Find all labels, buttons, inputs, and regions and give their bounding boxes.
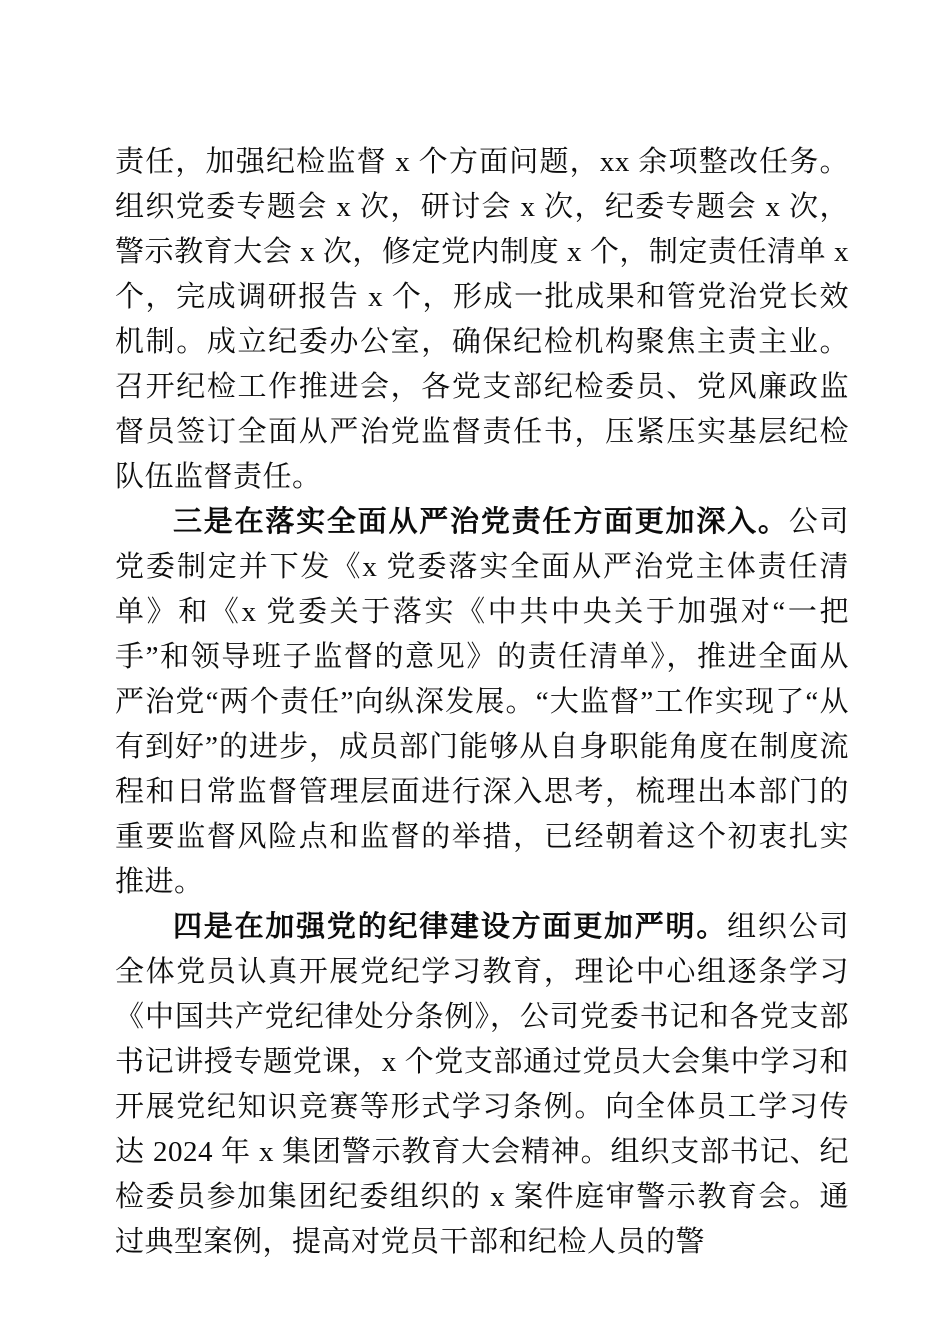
paragraph-lead-bold: 四是在加强党的纪律建设方面更加严明。 bbox=[173, 911, 727, 943]
paragraph-point-three: 三是在落实全面从严治党责任方面更加深入。公司党委制定并下发《x 党委落实全面从严… bbox=[115, 500, 849, 905]
paragraph-text: 公司党委制定并下发《x 党委落实全面从严治党主体责任清单》和《x 党委关于落实《… bbox=[115, 506, 849, 898]
paragraph-continuation: 责任，加强纪检监督 x 个方面问题，xx 余项整改任务。组织党委专题会 x 次，… bbox=[115, 140, 849, 500]
document-page: 责任，加强纪检监督 x 个方面问题，xx 余项整改任务。组织党委专题会 x 次，… bbox=[0, 0, 950, 1344]
paragraph-text: 组织公司全体党员认真开展党纪学习教育，理论中心组逐条学习《中国共产党纪律处分条例… bbox=[115, 911, 849, 1258]
document-text-block: 责任，加强纪检监督 x 个方面问题，xx 余项整改任务。组织党委专题会 x 次，… bbox=[115, 140, 849, 1265]
paragraph-text: 责任，加强纪检监督 x 个方面问题，xx 余项整改任务。组织党委专题会 x 次，… bbox=[115, 146, 849, 493]
paragraph-lead-bold: 三是在落实全面从严治党责任方面更加深入。 bbox=[173, 506, 789, 538]
paragraph-point-four: 四是在加强党的纪律建设方面更加严明。组织公司全体党员认真开展党纪学习教育，理论中… bbox=[115, 905, 849, 1265]
